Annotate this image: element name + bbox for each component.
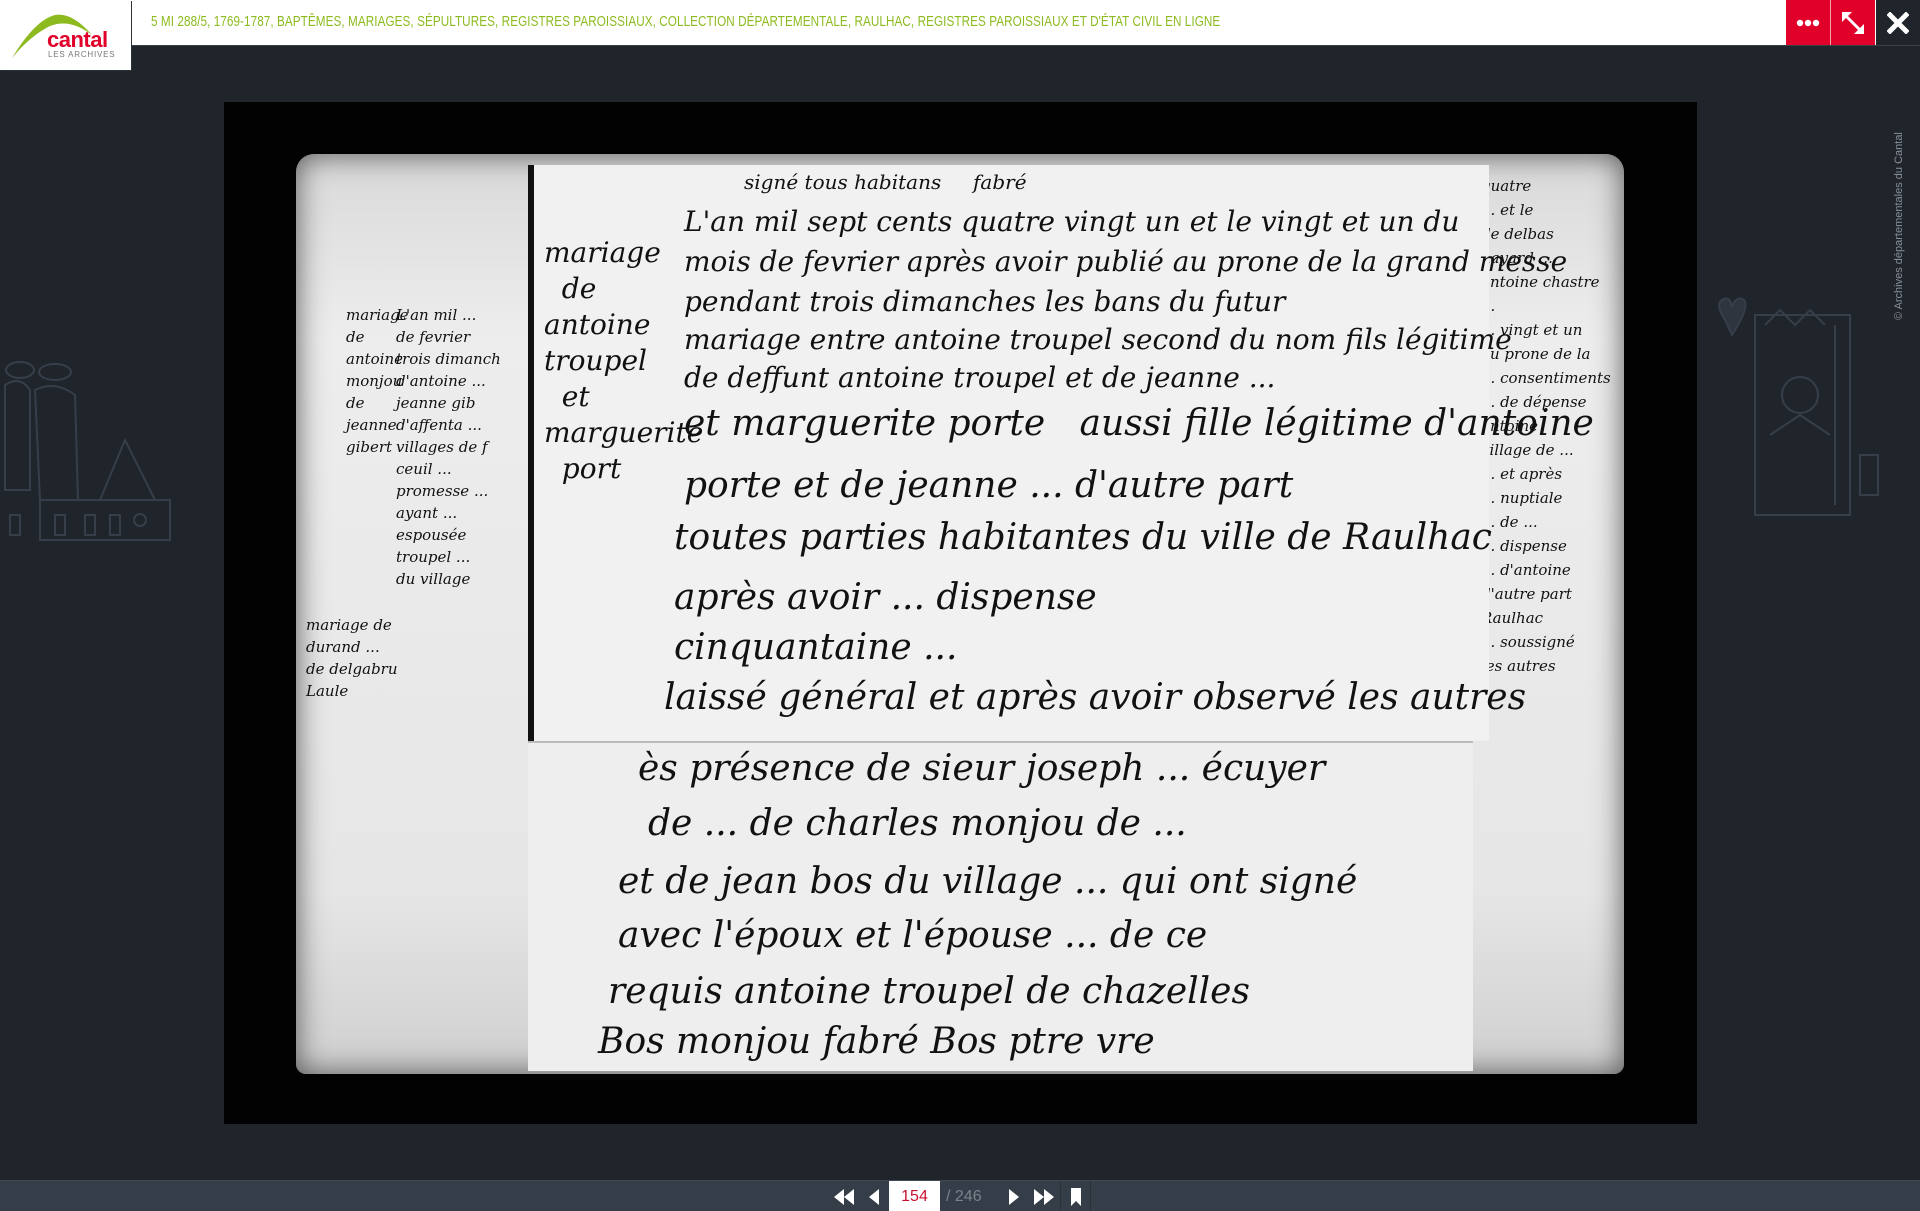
bookmark-button[interactable] <box>1062 1181 1090 1211</box>
document-title: 5 MI 288/5, 1769-1787, BAPTÊMES, MARIAGE… <box>151 13 1220 30</box>
next-page-button[interactable] <box>1002 1181 1026 1211</box>
next-page-icon <box>1008 1188 1020 1206</box>
document-viewer[interactable]: mariagedeantoinemonjoudejeannegibert L'a… <box>224 102 1697 1124</box>
entry-bottom-line-6: Bos monjou fabré Bos ptre vre <box>598 1021 1155 1062</box>
expand-arrows-icon <box>1840 10 1866 36</box>
entry-bottom-line-1: ès présence de sieur joseph ... écuyer <box>638 748 1325 789</box>
cantal-archives-logo[interactable]: cantal LES ARCHIVES <box>0 0 131 70</box>
entry-text-line-7: porte et de jeanne ... d'autre part <box>684 465 1293 506</box>
entry-bottom-line-3: et de jean bos du village ... qui ont si… <box>618 861 1357 902</box>
footer-separator <box>1060 1181 1061 1211</box>
margin-note: mariage deantoinetroupel etmarguerite po… <box>544 235 703 487</box>
entry-text-line-11: laissé général et après avoir observé le… <box>664 677 1526 718</box>
previous-page-icon <box>868 1188 880 1206</box>
previous-page-button[interactable] <box>862 1181 886 1211</box>
entry-bottom-line-4: avec l'époux et l'épouse ... de ce <box>618 915 1207 956</box>
logo-subtitle: LES ARCHIVES <box>48 50 115 59</box>
more-options-button[interactable] <box>1786 0 1830 45</box>
last-page-button[interactable] <box>1030 1181 1058 1211</box>
fullscreen-button[interactable] <box>1831 0 1875 45</box>
detail-page-bottom: ès présence de sieur joseph ... écuyer d… <box>528 741 1473 1071</box>
page-navigation-bar: 154 / 246 <box>0 1180 1920 1211</box>
total-pages: / 246 <box>946 1181 982 1211</box>
close-x-icon <box>1887 12 1909 34</box>
detail-page-top: mariage deantoinetroupel etmarguerite po… <box>528 165 1489 741</box>
entry-text-line-5: de deffunt antoine troupel et de jeanne … <box>684 361 1275 394</box>
left-page-text-3: mariage dedurand ...de delgabruLaule <box>306 614 398 702</box>
footer-separator-2 <box>1090 1181 1091 1211</box>
entry-text-line-10: cinquantaine ... <box>674 627 957 668</box>
header-note: signé tous habitans fabré <box>744 170 1027 194</box>
entry-text-line-8: toutes parties habitantes du ville de Ra… <box>674 517 1492 558</box>
header-bar: 5 MI 288/5, 1769-1787, BAPTÊMES, MARIAGE… <box>0 0 1920 45</box>
entry-text-line-1: L'an mil sept cents quatre vingt un et l… <box>684 205 1459 238</box>
copyright-credit: © Archives départementales du Cantal <box>1893 132 1905 320</box>
background-decoration-left <box>0 330 175 550</box>
header-divider <box>0 45 1920 46</box>
entry-text-line-2: mois de fevrier après avoir publié au pr… <box>684 245 1567 278</box>
background-decoration-right <box>1700 295 1880 555</box>
left-page-text-2: L'an mil ...de fevriertrois dimanchd'ant… <box>396 304 501 590</box>
more-dots-icon <box>1796 19 1820 27</box>
page-number-input[interactable]: 154 <box>889 1181 940 1211</box>
entry-text-line-9: après avoir ... dispense <box>674 577 1097 618</box>
entry-text-line-6: et marguerite porte aussi fille légitime… <box>684 403 1594 444</box>
close-button[interactable] <box>1876 0 1920 45</box>
entry-bottom-line-5: requis antoine troupel de chazelles <box>608 971 1250 1012</box>
entry-text-line-3: pendant trois dimanches les bans du futu… <box>684 285 1285 318</box>
first-page-button[interactable] <box>830 1181 858 1211</box>
first-page-icon <box>833 1188 855 1206</box>
last-page-icon <box>1033 1188 1055 1206</box>
entry-bottom-line-2: de ... de charles monjou de ... <box>648 803 1187 844</box>
entry-text-line-4: mariage entre antoine troupel second du … <box>684 323 1512 356</box>
bookmark-icon <box>1070 1187 1082 1207</box>
